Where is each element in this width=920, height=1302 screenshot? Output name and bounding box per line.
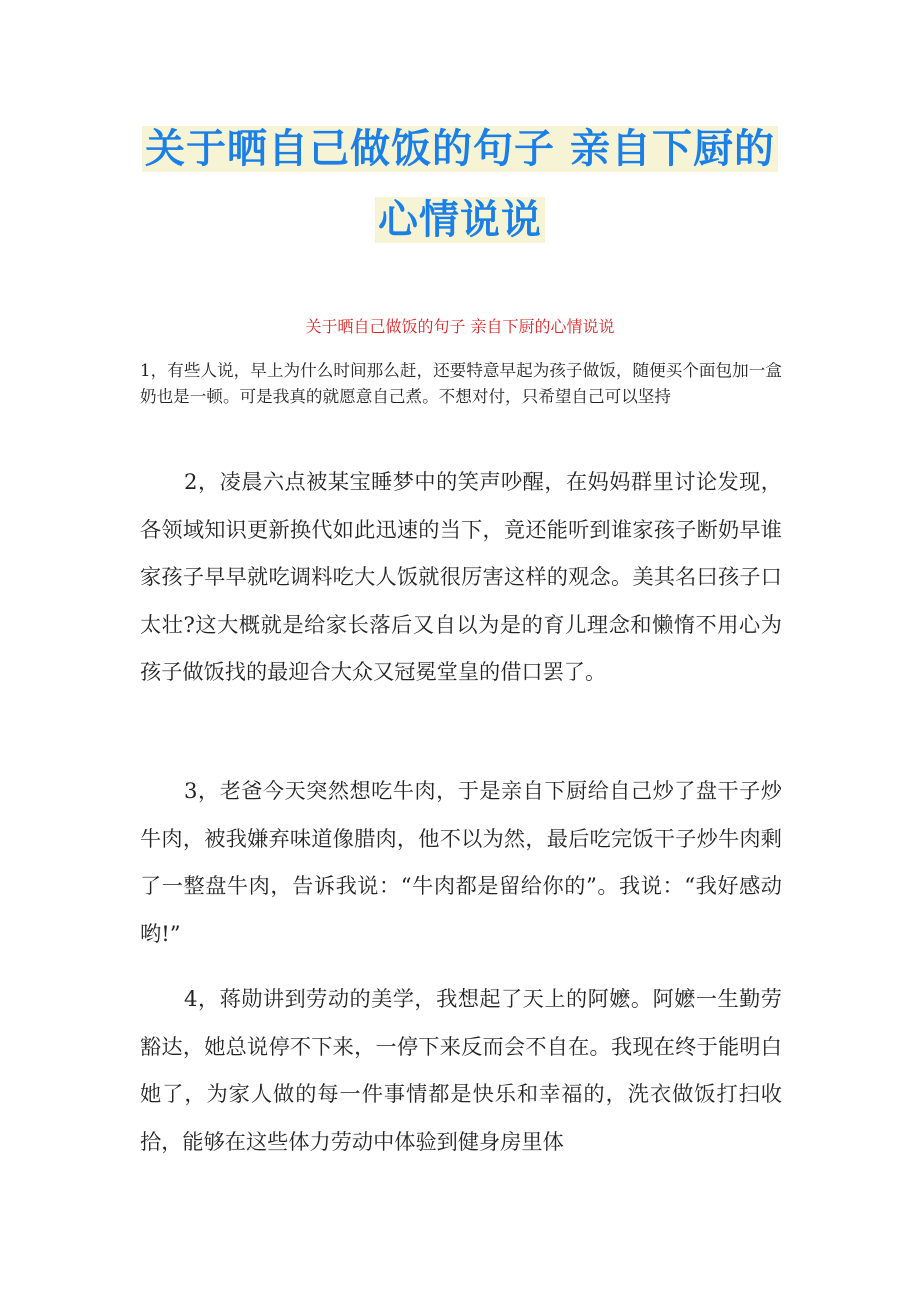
document-title-line-2: 心情说说 <box>0 193 920 247</box>
paragraph-3: 3，老爸今天突然想吃牛肉，于是亲自下厨给自己炒了盘干子炒牛肉，被我嫌弃味道像腊肉… <box>140 767 782 957</box>
title-text-1: 关于晒自己做饭的句子 亲自下厨的 <box>142 126 778 172</box>
document-page: 关于晒自己做饭的句子 亲自下厨的 心情说说 关于晒自己做饭的句子 亲自下厨的心情… <box>0 0 920 1302</box>
document-title-line-1: 关于晒自己做饭的句子 亲自下厨的 <box>0 122 920 176</box>
paragraph-1: 1，有些人说，早上为什么时间那么赶，还要特意早起为孩子做饭，随便买个面包加一盒奶… <box>140 358 782 410</box>
document-subtitle: 关于晒自己做饭的句子 亲自下厨的心情说说 <box>0 316 920 338</box>
paragraph-4: 4，蒋勋讲到劳动的美学，我想起了天上的阿嬷。阿嬷一生勤劳豁达，她总说停不下来，一… <box>140 975 782 1165</box>
title-text-2: 心情说说 <box>375 197 545 243</box>
paragraph-2: 2，凌晨六点被某宝睡梦中的笑声吵醒，在妈妈群里讨论发现，各领域知识更新换代如此迅… <box>140 458 782 696</box>
